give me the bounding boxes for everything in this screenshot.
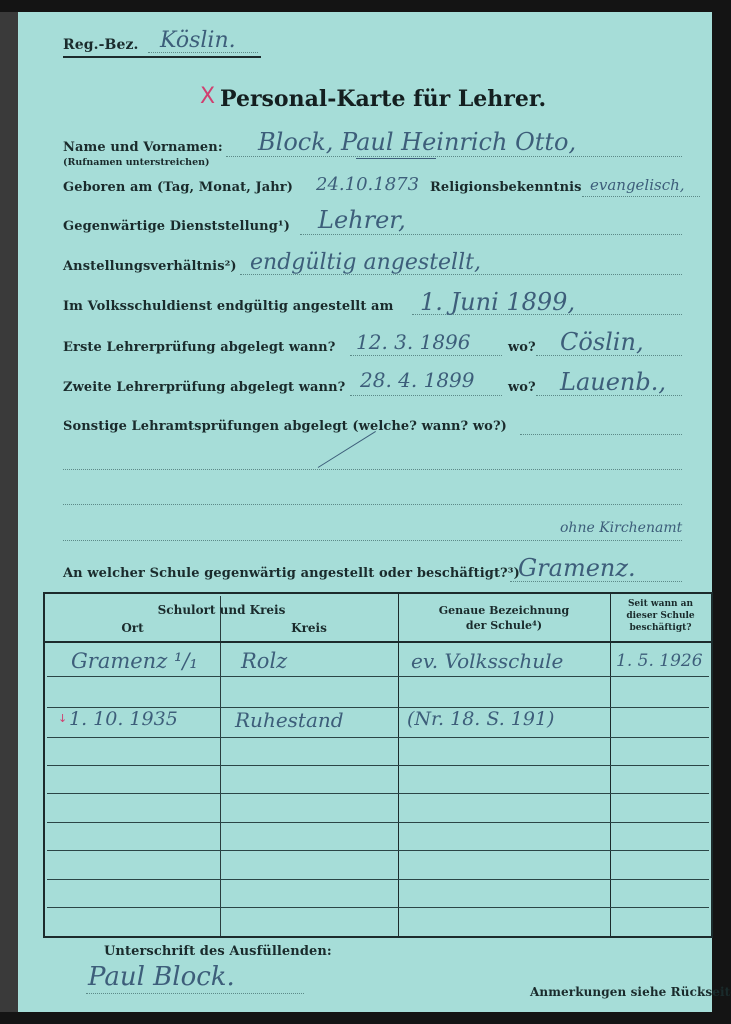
col-header-seit-2: dieser Schule: [610, 611, 711, 621]
row3-kreis[interactable]: Ruhestand: [235, 708, 344, 732]
row-line: [47, 793, 709, 794]
col-header-schule-2: der Schule⁴): [398, 619, 610, 632]
signature-dotline: [86, 993, 304, 994]
col-header-kreis: Kreis: [220, 621, 398, 635]
name-value[interactable]: Block, Paul Heinrich Otto,: [258, 128, 576, 156]
first-exam-date-dotline: [350, 355, 502, 356]
col-header-schule-1: Genaue Bezeichnung: [398, 604, 610, 617]
signature-label: Unterschrift des Ausfüllenden:: [104, 944, 332, 959]
row-line: [47, 676, 709, 677]
name-label: Name und Vornamen:: [63, 140, 223, 155]
signature-value[interactable]: Paul Block.: [88, 962, 235, 992]
religion-value[interactable]: evangelisch,: [590, 176, 685, 194]
col-header-ort: Ort: [45, 621, 220, 635]
footer-note: Anmerkungen siehe Rückseite.: [530, 985, 731, 999]
row3-ort[interactable]: 1. 10. 1935: [69, 708, 178, 730]
first-exam-date[interactable]: 12. 3. 1896: [356, 330, 471, 354]
second-exam-date-dotline: [350, 395, 502, 396]
row1-seit[interactable]: 1. 5. 1926: [616, 651, 703, 671]
row3-red-mark: ↓: [58, 712, 67, 725]
col-header-seit-3: beschäftigt?: [610, 623, 711, 633]
other-exams-dotline-3: [63, 504, 682, 505]
employment-label: Anstellungsverhältnis²): [63, 259, 237, 274]
born-value[interactable]: 24.10.1873: [316, 174, 419, 195]
school-note[interactable]: ohne Kirchenamt: [560, 520, 682, 536]
col-divider-ort-kreis: [220, 596, 221, 936]
scan-edge-shadow: [0, 12, 18, 1012]
employment-value[interactable]: endgültig angestellt,: [250, 250, 481, 275]
header-divider: [45, 641, 711, 643]
other-exams-dotline-1: [520, 434, 682, 435]
group-header-schulort: Schulort und Kreis: [45, 603, 398, 617]
other-exams-dotline-4: [63, 540, 682, 541]
religion-label: Religionsbekenntnis: [430, 180, 582, 195]
second-exam-date[interactable]: 28. 4. 1899: [360, 368, 475, 392]
second-exam-where-label: wo?: [508, 380, 536, 395]
second-exam-label: Zweite Lehrerprüfung abgelegt wann?: [63, 380, 345, 395]
born-label: Geboren am (Tag, Monat, Jahr): [63, 180, 293, 195]
position-dotline: [300, 234, 682, 235]
row-line: [47, 879, 709, 880]
other-exams-dotline-2: [63, 469, 682, 470]
rufname-underline: [356, 158, 436, 159]
second-exam-where[interactable]: Lauenb.,: [560, 368, 666, 396]
row-line: [47, 822, 709, 823]
red-x-mark: X: [200, 84, 215, 109]
position-label: Gegenwärtige Dienststellung¹): [63, 219, 290, 234]
reg-bez-value[interactable]: Köslin.: [160, 28, 236, 53]
name-hint: (Rufnamen unterstreichen): [63, 157, 210, 168]
first-exam-where-label: wo?: [508, 340, 536, 355]
row-line: [47, 765, 709, 766]
school-label: An welcher Schule gegenwärtig angestellt…: [63, 566, 520, 581]
row3-schule[interactable]: (Nr. 18. S. 191): [407, 708, 554, 730]
volksschul-label: Im Volksschuldienst endgültig angestellt…: [63, 299, 393, 314]
school-value[interactable]: Gramenz.: [518, 554, 636, 582]
row-line: [47, 907, 709, 908]
other-exams-label: Sonstige Lehramtsprüfungen abgelegt (wel…: [63, 419, 507, 434]
row1-schule[interactable]: ev. Volksschule: [411, 649, 563, 673]
reg-bez-label: Reg.-Bez.: [63, 37, 138, 53]
row1-ort[interactable]: Gramenz ¹/₁: [71, 649, 198, 673]
row-line: [47, 850, 709, 851]
page-title: Personal-Karte für Lehrer.: [220, 86, 546, 112]
row-line: [47, 737, 709, 738]
name-dotline: [226, 156, 682, 157]
first-exam-where[interactable]: Cöslin,: [560, 328, 644, 356]
volksschul-value[interactable]: 1. Juni 1899,: [420, 288, 575, 316]
religion-dotline: [582, 196, 700, 197]
reg-bez-underline: [63, 56, 261, 58]
col-header-seit-1: Seit wann an: [610, 599, 711, 609]
first-exam-label: Erste Lehrerprüfung abgelegt wann?: [63, 340, 335, 355]
row1-kreis[interactable]: Rolz: [241, 649, 287, 673]
school-history-table: Schulort und Kreis Ort Kreis Genaue Beze…: [43, 592, 713, 938]
position-value[interactable]: Lehrer,: [318, 206, 406, 234]
